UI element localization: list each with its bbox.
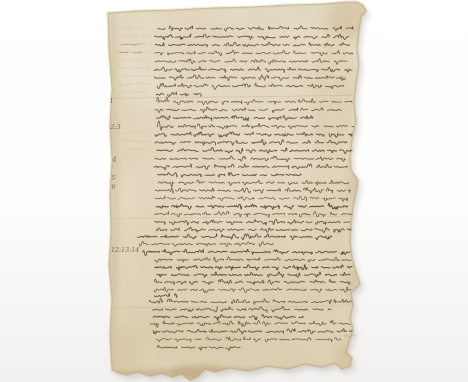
- margin-article-number: 12:13:14: [111, 247, 139, 254]
- margin-article-number: 1: [110, 98, 114, 105]
- manuscript-photo: 1 2:3 4 5 6 12:13:14: [0, 0, 468, 382]
- margin-article-number: 2:3: [110, 124, 121, 131]
- margin-article-number: 4: [112, 157, 117, 164]
- margin-article-number: 6: [112, 184, 116, 191]
- manuscript-page-svg: 1 2:3 4 5 6 12:13:14: [0, 0, 468, 382]
- margin-article-number: 5: [112, 175, 116, 182]
